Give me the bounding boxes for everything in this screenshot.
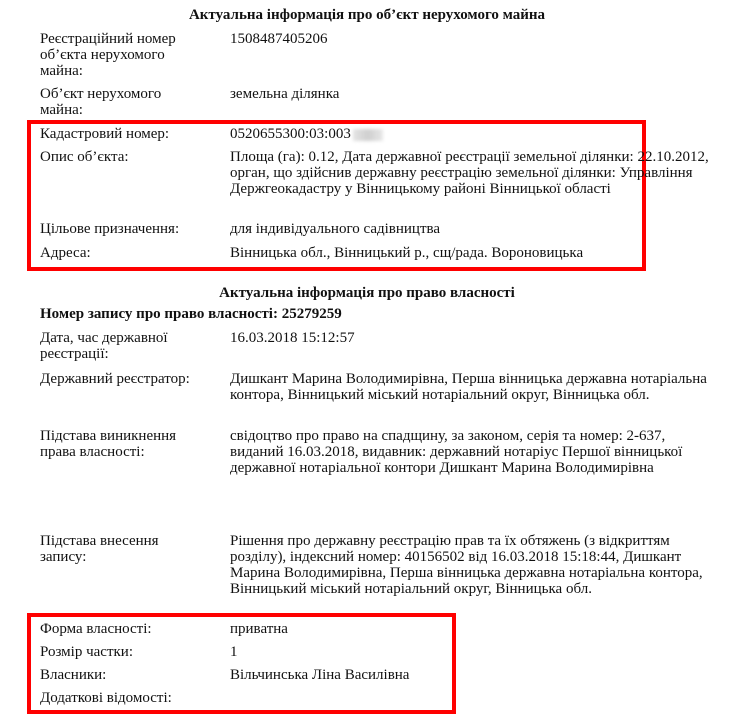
- value: 1: [230, 644, 720, 660]
- value: для індивідуального садівництва: [230, 221, 720, 237]
- value: земельна ділянка: [230, 86, 720, 102]
- label: Опис об’єкта:: [40, 149, 220, 165]
- value: Дишкант Марина Володимирівна, Перша вінн…: [230, 371, 720, 403]
- label: Підстава внесення запису:: [40, 533, 190, 565]
- label: Адреса:: [40, 245, 220, 261]
- label: Реєстраційний номер об’єкта нерухомого м…: [40, 31, 190, 79]
- label: Державний реєстратор:: [40, 371, 220, 387]
- value: 16.03.2018 15:12:57: [230, 330, 720, 346]
- label: Кадастровий номер:: [40, 126, 220, 142]
- label: Дата, час державної реєстрації:: [40, 330, 190, 362]
- value: 0520655300:03:003: [230, 126, 720, 142]
- record-number: Номер запису про право власності: 252792…: [40, 306, 342, 323]
- redacted-blur: [353, 129, 383, 141]
- label: Власники:: [40, 667, 220, 683]
- cadastral-value: 0520655300:03:003: [230, 126, 351, 142]
- label: Об’єкт нерухомого майна:: [40, 86, 180, 118]
- label: Підстава виникнення права власності:: [40, 428, 200, 460]
- value: приватна: [230, 621, 720, 637]
- section-ownership-title: Актуальна інформація про право власності: [0, 285, 734, 302]
- section-object-title: Актуальна інформація про об’єкт нерухомо…: [0, 7, 734, 24]
- value: Рішення про державну реєстрацію прав та …: [230, 533, 720, 597]
- label: Додаткові відомості:: [40, 690, 220, 706]
- value: свідоцтво про право на спадщину, за зако…: [230, 428, 720, 476]
- label: Цільове призначення:: [40, 221, 220, 237]
- value: Площа (га): 0.12, Дата державної реєстра…: [230, 149, 720, 197]
- label: Форма власності:: [40, 621, 220, 637]
- value: 1508487405206: [230, 31, 720, 47]
- value: Вінницька обл., Вінницький р., сщ/рада. …: [230, 245, 720, 261]
- label: Розмір частки:: [40, 644, 220, 660]
- value: Вільчинська Ліна Василівна: [230, 667, 720, 683]
